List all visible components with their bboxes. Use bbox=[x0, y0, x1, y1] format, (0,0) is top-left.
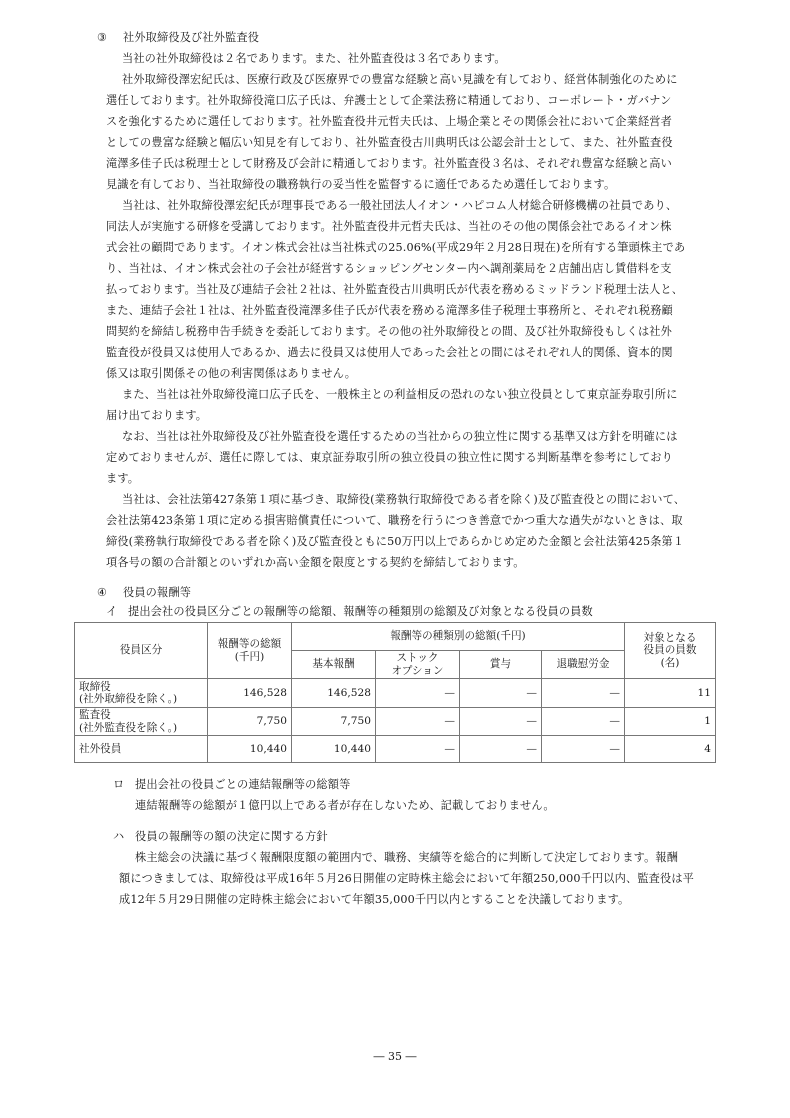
paragraph-line: としての豊富な経験と幅広い知見を有しており、社外監査役古川典明氏は公認会計士とし… bbox=[106, 136, 673, 150]
row-stock: — bbox=[376, 736, 460, 763]
remuneration-table: 役員区分 報酬等の総額 (千円) 報酬等の種類別の総額(千円) 対象となる 役員… bbox=[74, 622, 716, 763]
section-4-title: 役員の報酬等 bbox=[123, 586, 191, 599]
category-line1: 監査役 bbox=[79, 709, 203, 722]
row-stock: — bbox=[376, 708, 460, 736]
subsection-ha-title: 役員の報酬等の額の決定に関する方針 bbox=[135, 830, 328, 843]
section-3-title: 社外取締役及び社外監査役 bbox=[123, 31, 259, 44]
header-count-line3: (名) bbox=[629, 657, 711, 670]
header-count: 対象となる 役員の員数 (名) bbox=[625, 623, 716, 679]
row-total: 146,528 bbox=[208, 679, 292, 708]
header-by-type: 報酬等の種類別の総額(千円) bbox=[292, 623, 625, 651]
row-bonus: — bbox=[460, 708, 542, 736]
header-total-line2: (千円) bbox=[212, 651, 287, 664]
paragraph-line: 問契約を締結し税務申告手続きを委託しております。その他の社外取締役との間、及び社… bbox=[106, 325, 672, 339]
section-3-number: ③ bbox=[97, 31, 123, 45]
header-stock-line2: オプション bbox=[380, 665, 455, 678]
row-base: 10,440 bbox=[292, 736, 376, 763]
subsection-i-marker: イ bbox=[106, 605, 128, 619]
paragraph-line: 選任しております。社外取締役滝口広子氏は、弁護士として企業法務に精通しており、コ… bbox=[106, 94, 671, 108]
header-stock-option: ストック オプション bbox=[376, 651, 460, 679]
category-line1: 取締役 bbox=[79, 681, 203, 694]
row-retirement: — bbox=[542, 736, 625, 763]
paragraph-line: 係又は取引関係その他の利害関係はありません。 bbox=[106, 367, 356, 381]
row-count: 1 bbox=[625, 708, 716, 736]
subsection-i-heading: イ提出会社の役員区分ごとの報酬等の総額、報酬等の種類別の総額及び対象となる役員の… bbox=[106, 605, 593, 619]
paragraph-line: 払っております。当社及び連結子会社２社は、社外監査役古川典明氏が代表を務めるミッ… bbox=[106, 283, 683, 297]
paragraph-line: 当社は、会社法第427条第１項に基づき、取締役(業務執行取締役である者を除く)及… bbox=[122, 493, 685, 507]
paragraph-line: スを強化するために選任しております。社外監査役井元哲夫氏は、上場企業とその関係会… bbox=[106, 115, 672, 129]
paragraph-line: ます。 bbox=[106, 472, 139, 486]
row-total: 7,750 bbox=[208, 708, 292, 736]
paragraph-line: 滝澤多佳子氏は税理士として財務及び会計に精通しております。社外監査役３名は、それ… bbox=[106, 157, 672, 171]
row-count: 4 bbox=[625, 736, 716, 763]
row-base: 146,528 bbox=[292, 679, 376, 708]
row-category: 取締役 (社外取締役を除く。) bbox=[75, 679, 208, 708]
row-stock: — bbox=[376, 679, 460, 708]
paragraph-line: 式会社の顧問であります。イオン株式会社は当社株式の25.06%(平成29年２月2… bbox=[106, 241, 685, 255]
paragraph-line: 当社の社外取締役は２名であります。また、社外監査役は３名であります。 bbox=[122, 52, 506, 66]
paragraph-line: 項各号の額の合計額とのいずれか高い金額を限度とする契約を締結しております。 bbox=[106, 556, 525, 570]
row-retirement: — bbox=[542, 708, 625, 736]
page-number: ― 35 ― bbox=[0, 1050, 790, 1063]
paragraph-line: 届け出ております。 bbox=[106, 409, 207, 423]
subsection-ha-marker: ハ bbox=[113, 830, 135, 844]
paragraph-line: 締役(業務執行取締役である者を除く)及び監査役ともに50万円以上であらかじめ定め… bbox=[106, 535, 684, 549]
section-3-heading: ③社外取締役及び社外監査役 bbox=[97, 31, 259, 45]
row-category: 監査役 (社外監査役を除く。) bbox=[75, 708, 208, 736]
row-bonus: — bbox=[460, 736, 542, 763]
header-stock-line1: ストック bbox=[380, 652, 455, 665]
row-category: 社外役員 bbox=[75, 736, 208, 763]
paragraph-line: り、当社は、イオン株式会社の子会社が経営するショッピングセンター内へ調剤薬局を２… bbox=[106, 262, 672, 276]
subsection-ro-title: 提出会社の役員ごとの連結報酬等の総額等 bbox=[135, 778, 350, 791]
header-total: 報酬等の総額 (千円) bbox=[208, 623, 292, 679]
row-count: 11 bbox=[625, 679, 716, 708]
subsection-ro-marker: ロ bbox=[113, 778, 135, 792]
table-row: 取締役 (社外取締役を除く。) 146,528 146,528 — — — 11 bbox=[75, 679, 716, 708]
header-count-line2: 役員の員数 bbox=[629, 644, 711, 657]
paragraph-line: 当社は、社外取締役澤宏紀氏が理事長である一般社団法人イオン・ハピコム人材総合研修… bbox=[122, 199, 677, 213]
paragraph-line: 定めておりませんが、選任に際しては、東京証券取引所の独立役員の独立性に関する判断… bbox=[106, 451, 673, 465]
subsection-ha-heading: ハ役員の報酬等の額の決定に関する方針 bbox=[113, 830, 328, 844]
paragraph-line: なお、当社は社外取締役及び社外監査役を選任するための当社からの独立性に関する基準… bbox=[122, 430, 678, 444]
header-bonus: 賞与 bbox=[460, 651, 542, 679]
paragraph-line: 同法人が実施する研修を受講しております。社外監査役井元哲夫氏は、当社のその他の関… bbox=[106, 220, 672, 234]
section-4-heading: ④役員の報酬等 bbox=[97, 586, 191, 600]
row-retirement: — bbox=[542, 679, 625, 708]
document-page: ③社外取締役及び社外監査役 当社の社外取締役は２名であります。また、社外監査役は… bbox=[0, 0, 790, 1118]
category-line2: (社外取締役を除く。) bbox=[79, 693, 203, 706]
subsection-ro-text: 連結報酬等の総額が１億円以上である者が存在しないため、記載しておりません。 bbox=[135, 799, 555, 813]
paragraph-line: 社外取締役澤宏紀氏は、医療行政及び医療界での豊富な経験と高い見識を有しており、経… bbox=[122, 73, 678, 87]
paragraph-line: 額につきましては、取締役は平成16年５月26日開催の定時株主総会において年額25… bbox=[119, 872, 694, 886]
row-base: 7,750 bbox=[292, 708, 376, 736]
paragraph-line: 会社法第423条第１項に定める損害賠償責任について、職務を行うにつき善意でかつ重… bbox=[106, 514, 683, 528]
header-retirement: 退職慰労金 bbox=[542, 651, 625, 679]
paragraph-line: 成12年５月29日開催の定時株主総会において年額35,000千円以内とすることを… bbox=[119, 893, 629, 907]
table-row: 社外役員 10,440 10,440 — — — 4 bbox=[75, 736, 716, 763]
row-total: 10,440 bbox=[208, 736, 292, 763]
header-base: 基本報酬 bbox=[292, 651, 376, 679]
table-header-row: 役員区分 報酬等の総額 (千円) 報酬等の種類別の総額(千円) 対象となる 役員… bbox=[75, 623, 716, 651]
header-count-line1: 対象となる bbox=[629, 632, 711, 645]
paragraph-line: 株主総会の決議に基づく報酬限度額の範囲内で、職務、実績等を総合的に判断して決定し… bbox=[135, 851, 678, 865]
header-total-line1: 報酬等の総額 bbox=[212, 638, 287, 651]
header-category: 役員区分 bbox=[75, 623, 208, 679]
category-line2: (社外監査役を除く。) bbox=[79, 722, 203, 735]
subsection-i-title: 提出会社の役員区分ごとの報酬等の総額、報酬等の種類別の総額及び対象となる役員の員… bbox=[128, 605, 593, 618]
paragraph-line: また、当社は社外取締役滝口広子氏を、一般株主との利益相反の恐れのない独立役員とし… bbox=[122, 388, 678, 402]
table-row: 監査役 (社外監査役を除く。) 7,750 7,750 — — — 1 bbox=[75, 708, 716, 736]
paragraph-line: 監査役が役員又は使用人であるか、過去に役員又は使用人であった会社との間にはそれぞ… bbox=[106, 346, 673, 360]
section-4-number: ④ bbox=[97, 586, 123, 600]
row-bonus: — bbox=[460, 679, 542, 708]
subsection-ro-heading: ロ提出会社の役員ごとの連結報酬等の総額等 bbox=[113, 778, 350, 792]
paragraph-line: 見識を有しており、当社取締役の職務執行の妥当性を監督するに適任であるため選任して… bbox=[106, 178, 615, 192]
paragraph-line: また、連結子会社１社は、社外監査役滝澤多佳子氏が代表を務める滝澤多佳子税理士事務… bbox=[106, 304, 673, 318]
